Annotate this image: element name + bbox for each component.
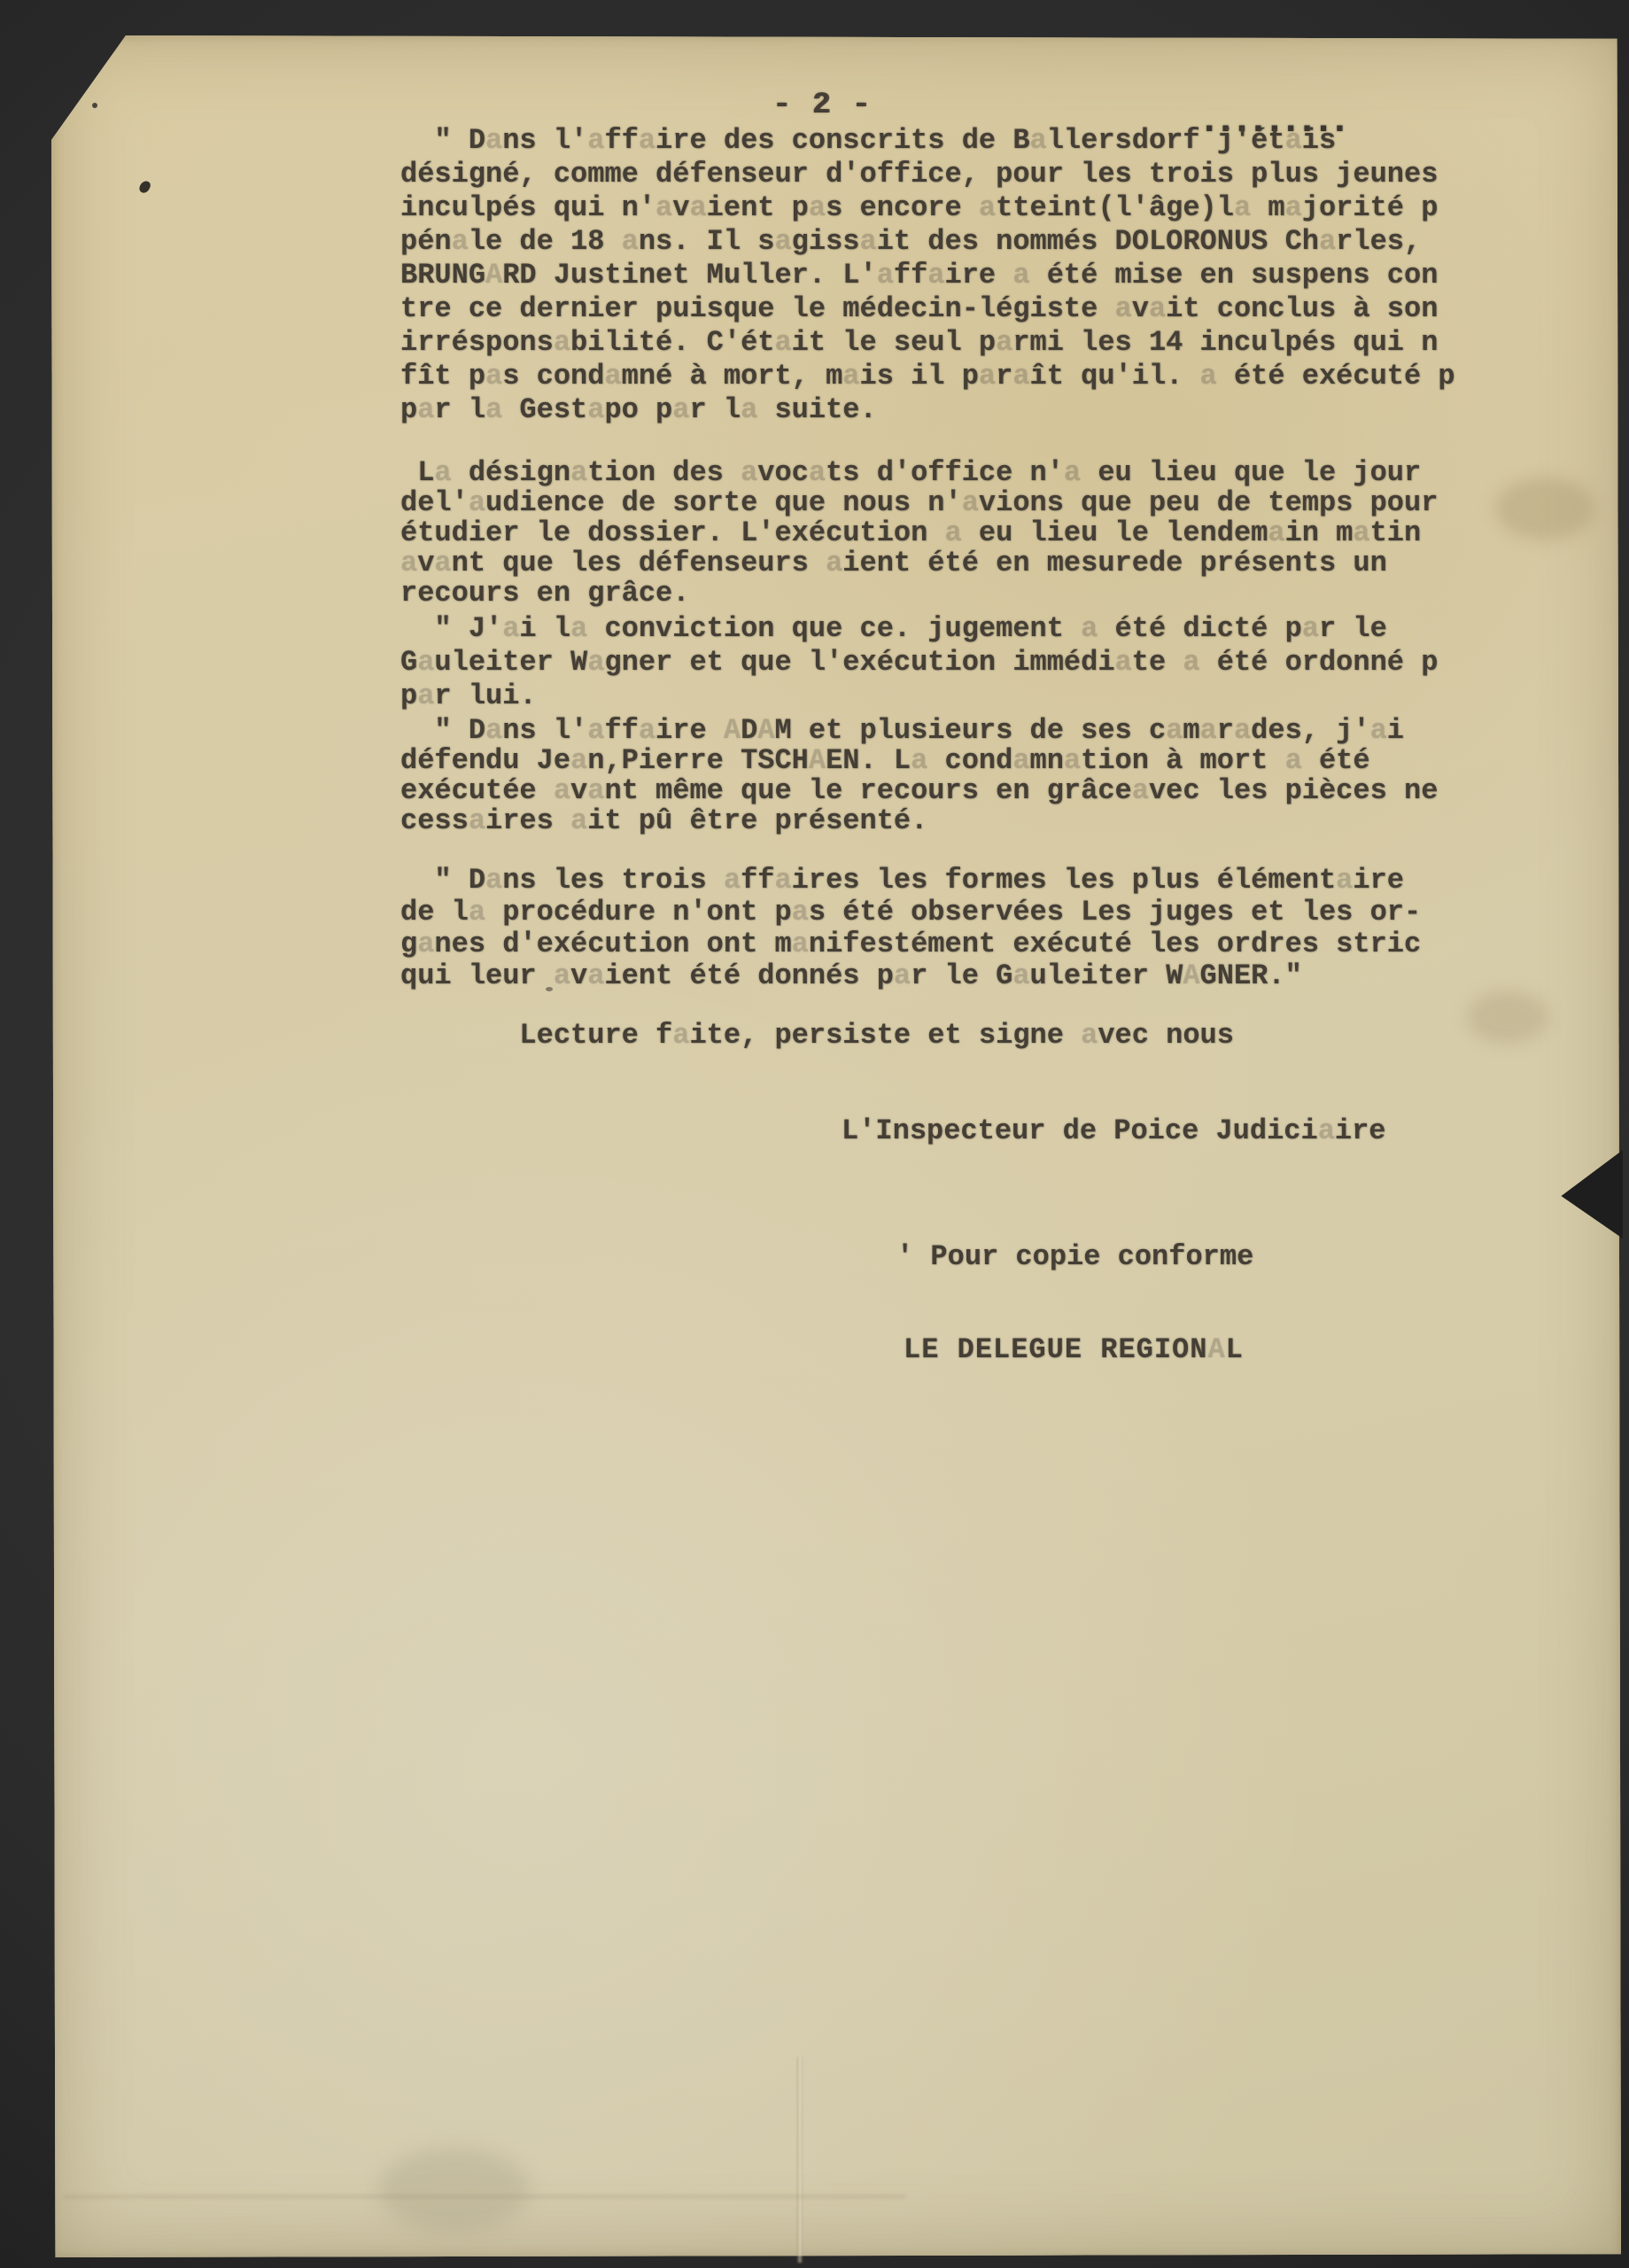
paragraph-trois-affaires: " Dans les trois affaires les formes les… bbox=[400, 865, 1421, 992]
closing-pour-copie-conforme: ' Pour copie conforme bbox=[896, 1240, 1253, 1273]
stain bbox=[379, 2148, 530, 2232]
stain bbox=[1495, 477, 1594, 540]
photographed-document-scene: { "document": { "page_number": "- 2 -", … bbox=[0, 0, 1629, 2268]
page-number: - 2 - bbox=[772, 89, 872, 122]
fold-line bbox=[797, 2057, 803, 2263]
paragraph-designation-avocats: La désignation des avocats d'office n'a … bbox=[400, 458, 1438, 609]
ink-speck bbox=[92, 103, 97, 108]
paragraph-conviction-jugement: " J'ai la conviction que ce. jugement a … bbox=[400, 612, 1438, 713]
paragraph-affaire-adam: " Dans l'affaire ADAM et plusieurs de se… bbox=[400, 716, 1438, 836]
stain bbox=[1467, 990, 1548, 1044]
closing-lecture-faite: Lecture faite, persiste et signe avec no… bbox=[400, 1019, 1234, 1052]
signature-delegue-regional: LE DELEGUE REGIONAL bbox=[904, 1333, 1244, 1366]
paragraph-ballersdorf-conscripts: " Dans l'affaire des conscrits de Baller… bbox=[400, 124, 1455, 427]
signature-inspecteur: L'Inspecteur de Poice Judiciaire bbox=[842, 1115, 1386, 1147]
